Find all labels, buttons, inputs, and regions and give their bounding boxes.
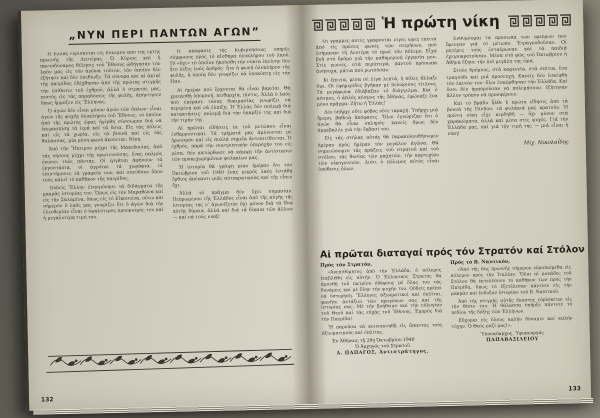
- body-paragraph: Ἀπό τῆς στιγμῆς αὐτῆς ἕκαστος εὑρίσκεται…: [451, 297, 572, 317]
- body-paragraph: Ἡ παροῦσα νά κοινοποιηθῇ εἰς ἅπαντας τού…: [322, 323, 443, 337]
- right-page-title: Ἡ πρώτη νίκη: [382, 12, 500, 32]
- body-paragraph: Αἱ ἡμέραι πού ἔρχονται θά εἶναι βαρεῖαι.…: [170, 86, 291, 125]
- body-paragraph: Εὔχομαι εἰς ὅλους καλήν δύναμιν καί καλή…: [451, 317, 572, 331]
- right-title-block: Ἡ πρώτη νίκη: [315, 10, 566, 33]
- text-column: Ἡ Ἑλλάς εὑρίσκεται εἰς πόλεμον ἀπό τῆς ἕ…: [40, 50, 167, 348]
- body-paragraph: Καί τό βράδυ ἦλθε ἡ πρώτη εἴδησις ἀπό τά…: [447, 99, 569, 138]
- photo-background: „ΝΥΝ ΠΕΡΙ ΠΑΝΤΩΝ ΑΓΩΝ” Ἡ Ἑλλάς εὑρίσκετα…: [0, 0, 600, 418]
- body-paragraph: Ἡ Ἑλλάς εὑρίσκεται εἰς πόλεμον ἀπό τῆς ἕ…: [40, 50, 162, 107]
- body-paragraph: «Ἀνεπιθύμητος ἀπό τήν Ἑλλάδα, ὁ πόλεμος …: [320, 268, 442, 324]
- signature-name: Α. ΠΑΠΑΓΟΣ, Ἀντιστράτηγος,: [322, 348, 443, 357]
- body-paragraph: Αἱ πρῶται εἰδήσεις ἐκ τοῦ μετώπου εἶναι …: [171, 124, 292, 163]
- greek-key-ornament-icon: [311, 17, 375, 31]
- right-page: Ἡ πρώτη νίκη Οἱ γραμμές αὐτές γράφονται …: [302, 0, 591, 405]
- body-paragraph: Ἐνθυμοῦμαι τά πρόσωπα τῶν ἐφέδρων πού ἔφ…: [446, 34, 568, 67]
- body-paragraph: Οὐδείς Ἕλλην ἐλησμόνησε τά διδάγματα τῆς…: [43, 184, 164, 223]
- text-column: Οἱ γραμμές αὐτές γράφονται λίγες ὧρες ἔπ…: [316, 37, 441, 245]
- body-paragraph: Κι ἔπειτα, μέσα σέ λίγα λεπτά, ἡ πόλις ἄ…: [316, 76, 438, 109]
- text-column: Ἡ ἀπόφασις τῆς Κυβερνήσεως ὑπῆρξε σύμφων…: [169, 47, 296, 345]
- magazine-spread: „ΝΥΝ ΠΕΡΙ ΠΑΝΤΩΝ ΑΓΩΝ” Ἡ Ἑλλάς εὑρίσκετα…: [18, 0, 591, 411]
- first-article-columns: Οἱ γραμμές αὐτές γράφονται λίγες ὧρες ἔπ…: [316, 34, 571, 245]
- body-paragraph: Στούς δρόμους, στά καφενεῖα, στά σπίτια,…: [446, 67, 568, 100]
- signature-name: ΠΑΠΑΒΑΣΙΛΕΙΟΥ: [452, 335, 573, 344]
- body-paragraph: Ἀπό τήν Ἤπειρον μέχρι τῆς Μακεδονίας, ἀπ…: [42, 145, 163, 184]
- left-title-block: „ΝΥΝ ΠΕΡΙ ΠΑΝΤΩΝ ΑΓΩΝ”: [39, 19, 289, 45]
- body-paragraph: Ὁ ἀγών δέν εἶναι μόνον ἀγών τῶν ὅπλων· ε…: [41, 107, 162, 146]
- navy-order: Πρός τό Β. Ναυτικόν, «Ἀπό τῆς 6ης πρωινῆ…: [450, 257, 573, 376]
- army-order: Πρός τόν Στρατόν, «Ἀνεπιθύμητος ἀπό τήν …: [320, 260, 443, 379]
- text-block: «Ἀπό τῆς 6ης πρωινῆς σήμερον εὑρισκόμεθα…: [450, 265, 572, 331]
- left-page-columns: Ἡ Ἑλλάς εὑρίσκεται εἰς πόλεμον ἀπό τῆς ἕ…: [40, 47, 296, 348]
- body-paragraph: «Ἀπό τῆς 6ης πρωινῆς σήμερον εὑρισκόμεθα…: [450, 265, 572, 297]
- page-number-left: 132: [41, 396, 54, 403]
- text-column: Ἐνθυμοῦμαι τά πρόσωπα τῶν ἐφέδρων πού ἔφ…: [446, 34, 571, 242]
- army-order-subhead: Πρός τόν Στρατόν,: [320, 260, 441, 269]
- left-page-title: „ΝΥΝ ΠΕΡΙ ΠΑΝΤΩΝ ΑΓΩΝ”: [69, 26, 261, 45]
- body-paragraph: Ἀλλά τό πρᾶγμα δέν ἔχει σημασίαν. Πεπρωμ…: [172, 189, 293, 222]
- body-paragraph: Ἡ ἱστορία θά γράψῃ μίαν ἡμέραν ὅτι τόν Ὀ…: [172, 163, 293, 190]
- orders-columns: Πρός τόν Στρατόν, «Ἀνεπιθύμητος ἀπό τήν …: [320, 257, 573, 378]
- text-block: Ἐνθυμοῦμαι τά πρόσωπα τῶν ἐφέδρων πού ἔφ…: [446, 34, 569, 138]
- author-signature: Μιχ. Νικολαΐδης: [448, 139, 569, 148]
- body-paragraph: Εἰς τάς στήλας αὐτάς θά παρακολουθήσωμεν…: [318, 135, 440, 174]
- body-paragraph: Δέν ὑπῆρχε οὔτε φόβος οὔτε ταραχή. Ὑπῆρχ…: [317, 108, 438, 135]
- text-block: «Ἀνεπιθύμητος ἀπό τήν Ἑλλάδα, ὁ πόλεμος …: [320, 268, 442, 337]
- floral-vine-ornament: [46, 348, 296, 373]
- body-paragraph: Οἱ γραμμές αὐτές γράφονται λίγες ὧρες ἔπ…: [316, 37, 438, 76]
- left-page: „ΝΥΝ ΠΕΡΙ ΠΑΝΤΩΝ ΑΓΩΝ” Ἡ Ἑλλάς εὑρίσκετα…: [21, 5, 310, 411]
- body-paragraph: Ἡ ἀπόφασις τῆς Κυβερνήσεως ὑπῆρξε σύμφων…: [169, 47, 290, 86]
- greek-key-ornament-icon: [507, 13, 571, 27]
- navy-order-subhead: Πρός τό Β. Ναυτικόν,: [450, 257, 571, 266]
- page-number-right: 133: [568, 385, 581, 392]
